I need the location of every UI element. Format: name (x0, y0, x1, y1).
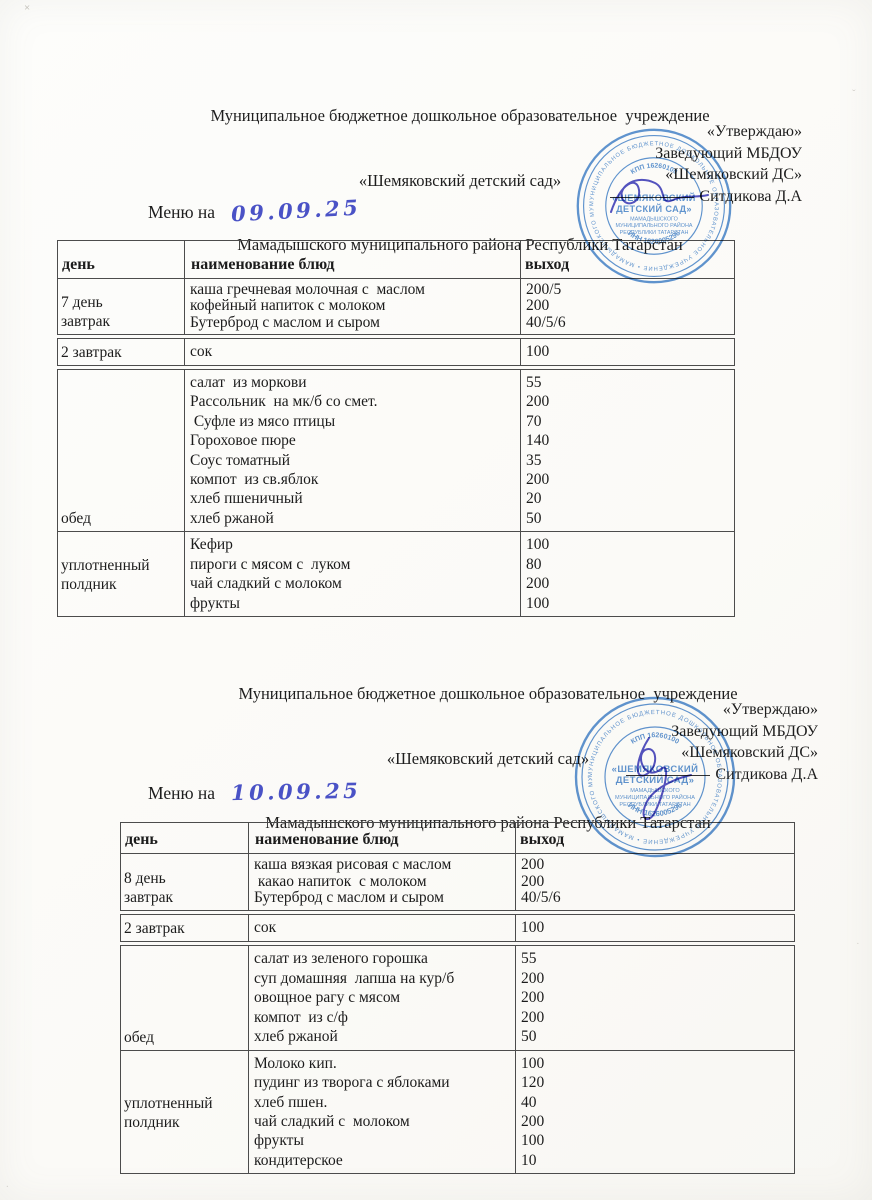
dish-name: каша гречневая молочная с маслом (190, 282, 518, 298)
portion-list-cell: 5520070140352002050 (521, 370, 735, 531)
dish-list-cell: каша вязкая рисовая с маслом какао напит… (249, 854, 516, 910)
portion-output: 200 (521, 988, 794, 1008)
menu-table-2: день наименование блюд выход 8 день завт… (120, 822, 795, 1174)
menu-label: Меню на (148, 202, 215, 222)
portion-list-cell: 100 (516, 915, 795, 941)
portion-output: 50 (521, 1027, 794, 1047)
portion-output: 200 (521, 874, 794, 891)
dish-name: чай сладкий с молоком (254, 1112, 513, 1131)
portion-output: 100 (521, 1054, 794, 1073)
portion-list-cell: 1001204020010010 (516, 1051, 795, 1173)
portion-output: 55 (521, 949, 794, 969)
column-header-day: день (121, 823, 249, 853)
dish-name: кондитерское (254, 1151, 513, 1170)
portion-output: 40 (521, 1093, 794, 1112)
portion-list-cell: 10080200100 (521, 532, 735, 616)
portion-output: 20 (526, 489, 734, 508)
dish-name: хлеб ржаной (190, 509, 518, 528)
meal-period-label: уплотненный полдник (121, 1051, 249, 1173)
portion-list-cell: 100 (521, 339, 735, 365)
column-header-day: день (58, 241, 185, 278)
dish-list-cell: Молоко кип.пудинг из творога с яблокамих… (249, 1051, 516, 1173)
portion-output: 200 (526, 298, 734, 314)
portion-output: 100 (521, 918, 794, 938)
menu-table-row: обедсалат из зеленого горошкасуп домашня… (120, 945, 795, 1051)
portion-output: 200 (521, 1008, 794, 1028)
dish-list-cell: салат из зеленого горошкасуп домашняя ла… (249, 946, 516, 1050)
portion-output: 140 (526, 431, 734, 450)
dish-name: кофейный напиток с молоком (190, 298, 518, 314)
dish-name: Молоко кип. (254, 1054, 513, 1073)
portion-list-cell: 5520020020050 (516, 946, 795, 1050)
menu-table-row: уплотненный полдникМолоко кип.пудинг из … (120, 1050, 795, 1174)
portion-list-cell: 20020040/5/6 (516, 854, 795, 910)
dish-list-cell: сок (249, 915, 516, 941)
meal-period-label: 8 день завтрак (121, 854, 249, 910)
dish-name: хлеб ржаной (254, 1027, 513, 1047)
menu-table-row: 2 завтраксок100 (120, 914, 795, 942)
menu-label: Меню на (148, 783, 215, 803)
dish-name: каша вязкая рисовая с маслом (254, 857, 513, 874)
dish-name: какао напиток с молоком (254, 874, 513, 891)
dish-name: салат из моркови (190, 373, 518, 392)
dish-name: сок (190, 342, 518, 362)
scan-speck: ˇ (852, 88, 856, 100)
dish-name: овощное рагу с мясом (254, 988, 513, 1008)
dish-name: Соус томатный (190, 451, 518, 470)
meal-period-label: обед (121, 946, 249, 1050)
portion-output: 80 (526, 555, 734, 575)
dish-name: суп домашняя лапша на кур/б (254, 969, 513, 989)
portion-output: 200 (526, 574, 734, 594)
portion-output: 120 (521, 1073, 794, 1092)
dish-list-cell: Кефирпироги с мясом с лукомчай сладкий с… (185, 532, 521, 616)
portion-output: 50 (526, 509, 734, 528)
portion-output: 100 (526, 535, 734, 555)
scan-speck: · (856, 938, 860, 950)
dish-name: Суфле из мясо птицы (190, 412, 518, 431)
meal-period-label: уплотненный полдник (58, 532, 185, 616)
dish-name: пироги с мясом с луком (190, 555, 518, 575)
column-header-dishes: наименование блюд (249, 823, 516, 853)
portion-output: 55 (526, 373, 734, 392)
portion-output: 35 (526, 451, 734, 470)
menu-date-line: Меню на09.09.25 (148, 198, 361, 223)
dish-name: Рассольник на мк/б со смет. (190, 392, 518, 411)
menu-table-row: обедсалат из морковиРассольник на мк/б с… (57, 369, 735, 532)
portion-output: 10 (521, 1151, 794, 1170)
portion-output: 40/5/6 (526, 315, 734, 331)
dish-name: Бутерброд с маслом и сыром (190, 315, 518, 331)
meal-period-label: обед (58, 370, 185, 531)
portion-output: 200 (521, 969, 794, 989)
portion-output: 200 (521, 1112, 794, 1131)
dish-name: компот из св.яблок (190, 470, 518, 489)
dish-list-cell: салат из морковиРассольник на мк/б со см… (185, 370, 521, 531)
dish-list-cell: каша гречневая молочная с масломкофейный… (185, 279, 521, 334)
menu-table-row: 2 завтраксок100 (57, 338, 735, 366)
portion-output: 40/5/6 (521, 890, 794, 907)
dish-name: фрукты (190, 594, 518, 614)
portion-output: 100 (521, 1131, 794, 1150)
dish-name: сок (254, 918, 513, 938)
meal-period-label: 7 день завтрак (58, 279, 185, 334)
dish-name: фрукты (254, 1131, 513, 1150)
pen-signature (615, 728, 710, 833)
portion-output: 200 (526, 392, 734, 411)
portion-output: 100 (526, 594, 734, 614)
handwritten-date: 10.09.25 (231, 778, 362, 805)
dish-name: хлеб пшеничный (190, 489, 518, 508)
dish-name: Кефир (190, 535, 518, 555)
portion-output: 70 (526, 412, 734, 431)
portion-output: 100 (526, 342, 734, 362)
menu-date-line: Меню на10.09.25 (148, 779, 361, 804)
dish-name: пудинг из творога с яблоками (254, 1073, 513, 1092)
scan-speck: × (24, 2, 30, 14)
menu-table-row: уплотненный полдникКефирпироги с мясом с… (57, 531, 735, 617)
pen-signature (605, 170, 715, 230)
dish-name: салат из зеленого горошка (254, 949, 513, 969)
dish-name: хлеб пшен. (254, 1093, 513, 1112)
menu-table-1: день наименование блюд выход 7 день завт… (57, 240, 735, 617)
meal-period-label: 2 завтрак (58, 339, 185, 365)
dish-name: Бутерброд с маслом и сыром (254, 890, 513, 907)
scan-speck: . (6, 1178, 9, 1190)
column-header-dishes: наименование блюд (185, 241, 521, 278)
dish-list-cell: сок (185, 339, 521, 365)
handwritten-date: 09.09.25 (230, 195, 361, 227)
meal-period-label: 2 завтрак (121, 915, 249, 941)
dish-name: компот из с/ф (254, 1008, 513, 1028)
portion-output: 200 (526, 470, 734, 489)
dish-name: чай сладкий с молоком (190, 574, 518, 594)
dish-name: Гороховое пюре (190, 431, 518, 450)
